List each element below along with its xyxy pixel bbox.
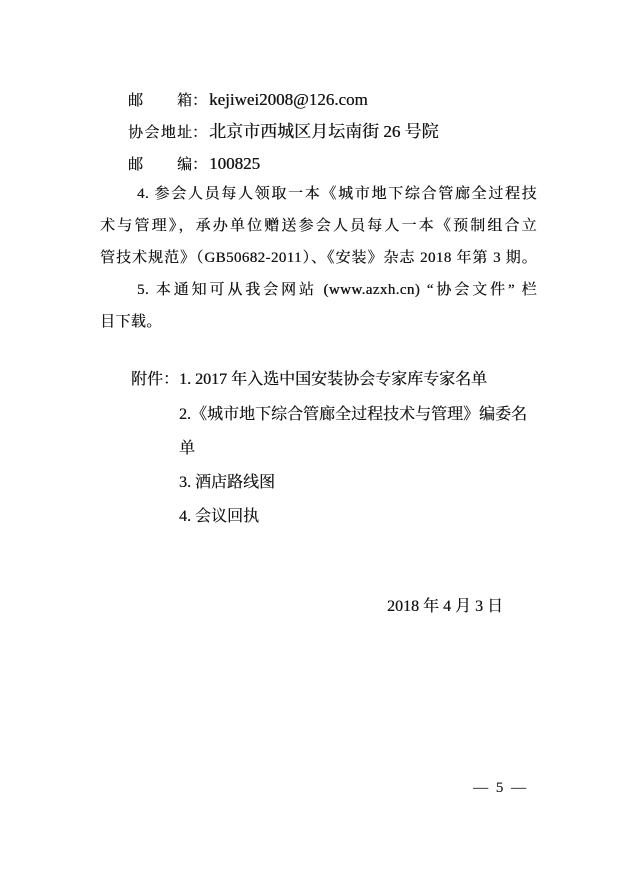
- document-page: 邮箱： kejiwei2008@126.com 协会地址： 北京市西城区月坛南街…: [0, 0, 620, 870]
- contact-colon: ：: [192, 86, 207, 118]
- contact-row-postcode: 邮编： 100825: [128, 148, 537, 180]
- paragraph-item-4: 4. 参会人员每人领取一本《城市地下综合管廊全过程技 术与管理》，承办单位赠送参…: [100, 179, 537, 274]
- paragraph-line: 4. 参会人员每人领取一本《城市地下综合管廊全过程技: [100, 179, 537, 211]
- contact-label-email: 邮箱: [128, 86, 192, 118]
- contact-value-address: 北京市西城区月坛南街 26 号院: [209, 116, 439, 148]
- contact-colon: ：: [192, 118, 207, 150]
- contact-value-email: kejiwei2008@126.com: [209, 84, 368, 116]
- attachment-item-2: 2.《城市地下综合管廊全过程技术与管理》编委名单: [179, 398, 537, 466]
- contact-row-address: 协会地址： 北京市西城区月坛南街 26 号院: [128, 116, 537, 148]
- attachments-label: 附件：: [131, 371, 179, 388]
- document-body: 邮箱： kejiwei2008@126.com 协会地址： 北京市西城区月坛南街…: [100, 84, 537, 623]
- contact-label-address: 协会地址: [128, 118, 192, 150]
- attachment-item-1: 1. 2017 年入选中国安装协会专家库专家名单: [179, 371, 487, 388]
- paragraph-item-5: 5. 本通知可从我会网站 (www.azxh.cn) “协会文件” 栏 目下载。: [100, 275, 537, 339]
- attachment-item-4: 4. 会议回执: [179, 500, 537, 534]
- attachments-row-1: 附件：1. 2017 年入选中国安装协会专家库专家名单: [131, 363, 537, 397]
- paragraph-line: 术与管理》，承办单位赠送参会人员每人一本《预制组合立: [100, 211, 537, 243]
- contact-block: 邮箱： kejiwei2008@126.com 协会地址： 北京市西城区月坛南街…: [100, 84, 537, 179]
- attachment-item-3: 3. 酒店路线图: [179, 466, 537, 500]
- attachments-block: 附件：1. 2017 年入选中国安装协会专家库专家名单 2.《城市地下综合管廊全…: [131, 363, 537, 534]
- paragraph-line: 管技术规范》（GB50682-2011）、《安装》杂志 2018 年第 3 期。: [100, 243, 537, 275]
- paragraph-line: 目下载。: [100, 307, 537, 339]
- contact-label-postcode: 邮编: [128, 150, 192, 182]
- paragraph-line: 5. 本通知可从我会网站 (www.azxh.cn) “协会文件” 栏: [100, 275, 537, 307]
- document-date: 2018 年 4 月 3 日: [100, 591, 537, 623]
- contact-row-email: 邮箱： kejiwei2008@126.com: [128, 84, 537, 116]
- page-number: — 5 —: [473, 780, 528, 796]
- contact-colon: ：: [192, 150, 207, 182]
- contact-value-postcode: 100825: [209, 148, 260, 180]
